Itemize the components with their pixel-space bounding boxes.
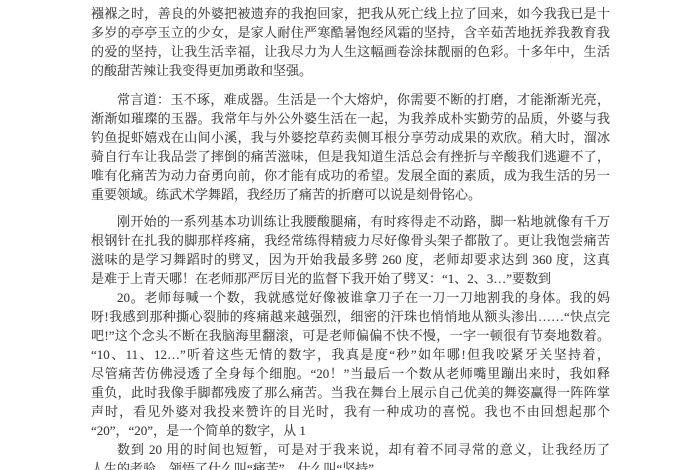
text-line: 多岁的亭亭玉立的少女，是家人耐住严寒酷暑饱经风霜的坚持，含辛茹苦地抚养我教育我 (91, 23, 610, 42)
essay-body: 襁褓之时，善良的外婆把被遗弃的我抱回家，把我从死亡线上拉了回来，如今我我已是十多… (91, 4, 610, 470)
text-line: “10、11、12…”听着这些无情的数字，我真是度“秒”如年哪!但我咬紧牙关坚持… (91, 345, 610, 364)
text-line: 钓鱼捉虾嬉戏在山间小溪，我与外婆挖草药卖侧耳根分享劳动成果的欢欣。稍大时，溜冰 (91, 128, 610, 147)
text-line: 滋味的是学习舞蹈时的劈叉，因为开始我最多劈 260 度，老师却要求达到 360 … (91, 250, 610, 269)
scanned-essay-page: 襁褓之时，善良的外婆把被遗弃的我抱回家，把我从死亡线上拉了回来，如今我我已是十多… (0, 0, 700, 470)
text-line: 的爱的坚持，让我生活幸福，让我尽力为人生这幅画卷涂抹靓丽的色彩。十多年中，生活 (91, 42, 610, 61)
text-line: 刚开始的一系列基本功训练让我腰酸腿痛，有时疼得走不动路，脚一粘地就像有千万 (91, 212, 610, 231)
text-line: 人生的考验，领悟了什么叫“痛苦”，什么叫“坚持”。 (91, 459, 610, 470)
text-line: 数到 20 用的时间也短暂，可是对于我来说，却有着不同寻常的意义，让我经历了 (91, 440, 610, 459)
text-line: 吧!”这个念头不断在我脑海里翻滚，可是老师偏偏不快不慢，一字一顿很有节奏地数着。 (91, 326, 610, 345)
text-line: 骑自行车让我品尝了摔倒的痛苦滋味，但是我知道生活总会有挫折与辛酸我们逃避不了， (91, 147, 610, 166)
paragraph: 刚开始的一系列基本功训练让我腰酸腿痛，有时疼得走不动路，脚一粘地就像有千万根钢针… (91, 212, 610, 288)
paragraph: 襁褓之时，善良的外婆把被遗弃的我抱回家，把我从死亡线上拉了回来，如今我我已是十多… (91, 4, 610, 80)
text-line: 20。老师每喊一个数，我就感觉好像被谁拿刀子在一刀一刀地割我的身体。我的妈 (91, 288, 610, 307)
text-line: 尽管痛苦仿佛浸透了全身每个细胞。“20！”当最后一个数从老师嘴里蹦出来时，我如释 (91, 364, 610, 383)
text-line: 呀!我感到那种撕心裂肺的疼痛越来越强烈，细密的汗珠也悄悄地从额头渗出……“快点完 (91, 307, 610, 326)
text-line: “20”，“20”，是一个简单的数字，从 1 (91, 421, 610, 440)
text-line: 唯有化痛苦为动力奋勇向前，你才能有成功的希望。发展全面的素质，成为我生活的另一 (91, 166, 610, 185)
text-line: 根钢针在扎我的脚那样疼痛，我经常练得精疲力尽好像骨头架子都散了。更让我饱尝痛苦 (91, 231, 610, 250)
text-line: 是难于上青天哪！在老师那严厉目光的监督下我开始了劈叉：“1、2、3…”要数到 (91, 269, 610, 288)
paragraph: 20。老师每喊一个数，我就感觉好像被谁拿刀子在一刀一刀地割我的身体。我的妈呀!我… (91, 288, 610, 440)
text-line: 襁褓之时，善良的外婆把被遗弃的我抱回家，把我从死亡线上拉了回来，如今我我已是十 (91, 4, 610, 23)
text-line: 常言道：玉不琢，难成器。生活是一个大熔炉，你需要不断的打磨，才能渐渐光亮， (91, 90, 610, 109)
text-line: 重负，此时我像手脚都残废了那么痛苦。当我在舞台上展示自己优美的舞姿赢得一阵阵掌 (91, 383, 610, 402)
text-line: 重要领域。练武术学舞蹈，我经历了痛苦的折磨可以说是刻骨铭心。 (91, 185, 610, 204)
text-line: 声时，看见外婆对我投来赞许的目光时，我有一种成功的喜悦。我也不由回想起那个 (91, 402, 610, 421)
paragraph: 常言道：玉不琢，难成器。生活是一个大熔炉，你需要不断的打磨，才能渐渐光亮，渐渐如… (91, 90, 610, 204)
text-line: 渐渐如璀璨的玉器。我常年与外公外婆生活在一起，为我养成朴实勤劳的品质，外婆与我 (91, 109, 610, 128)
text-line: 的酸甜苦辣让我变得更加勇敢和坚强。 (91, 61, 610, 80)
paragraph: 数到 20 用的时间也短暂，可是对于我来说，却有着不同寻常的意义，让我经历了人生… (91, 440, 610, 470)
